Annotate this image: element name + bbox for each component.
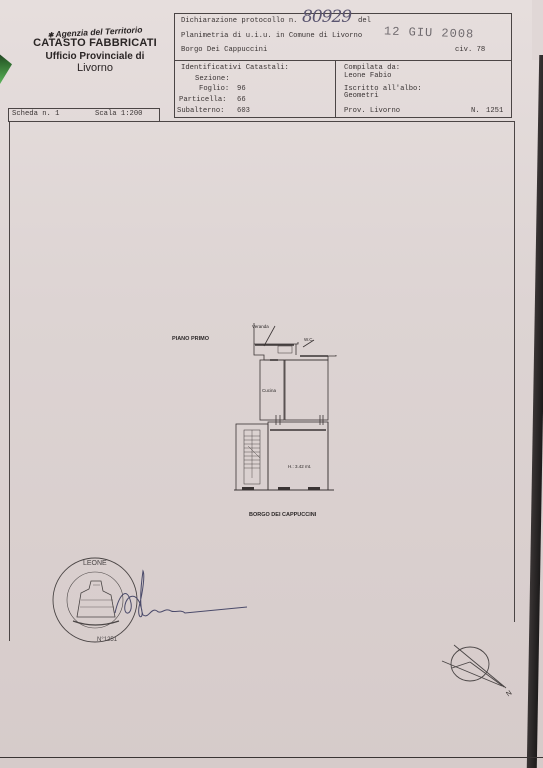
office-name: Ufficio Provinciale di <box>30 52 160 63</box>
address-line: Borgo Dei Cappuccini <box>181 46 267 54</box>
province-label: Prov. Livorno <box>344 107 400 115</box>
compiler-box: Compilata da: Leone Fabio Iscritto all'a… <box>335 60 512 118</box>
planimetry-line: Planimetria di u.i.u. in Comune di Livor… <box>181 32 362 40</box>
register-value: Geometri <box>344 92 379 100</box>
room-label-kitchen: Cucina <box>262 388 276 393</box>
green-folder-tab <box>0 48 12 84</box>
professional-stamp: LEONE N°1251 <box>45 555 250 650</box>
room-label-veranda: Veranda <box>252 324 269 329</box>
background-shadow <box>527 55 543 768</box>
bottom-border-line <box>0 757 543 758</box>
subalterno-value: 603 <box>237 107 250 115</box>
signature-stroke <box>115 571 247 617</box>
star-icon: ✱ <box>47 32 53 39</box>
north-label: N <box>505 690 513 699</box>
sheet-number: Scheda n. 1 <box>12 110 59 118</box>
agency-logo: ✱Agenzia del Territorio CATASTO FABBRICA… <box>30 28 160 75</box>
floor-label: PIANO PRIMO <box>172 336 209 342</box>
sheet-scale: Scala 1:200 <box>95 110 142 118</box>
street-label: BORGO DEI CAPPUCCINI <box>249 512 316 518</box>
compiler-title: Compilata da: <box>344 64 400 72</box>
register-number-label: N. <box>471 107 480 115</box>
scanned-document-page: ✱Agenzia del Territorio CATASTO FABBRICA… <box>0 0 543 768</box>
protocol-number-handwritten: 80929 <box>302 7 351 27</box>
room-label-wc: W.C. <box>304 337 314 342</box>
north-arrow-icon: N <box>440 640 520 700</box>
del-label: del <box>358 17 371 25</box>
particella-label: Particella: <box>179 96 226 104</box>
office-city: Livorno <box>30 63 160 75</box>
cadastral-identifiers-box: Identificativi Catastali: Sezione: Fogli… <box>174 60 336 118</box>
ceiling-height-note: H.: 3.42 mt. <box>288 464 311 469</box>
frame-left-border <box>9 121 10 641</box>
identifiers-title: Identificativi Catastali: <box>181 64 289 72</box>
stamp-text-bottom: N°1251 <box>97 637 118 643</box>
foglio-label: Foglio: <box>199 85 229 93</box>
compiler-name: Leone Fabio <box>344 72 391 80</box>
particella-value: 66 <box>237 96 246 104</box>
foglio-value: 96 <box>237 85 246 93</box>
department-name: CATASTO FABBRICATI <box>30 38 160 50</box>
declaration-label: Dichiarazione protocollo n. <box>181 17 297 25</box>
register-number-value: 1251 <box>486 107 503 115</box>
stamp-text-top: LEONE <box>83 560 107 567</box>
subalterno-label: Subalterno: <box>177 107 224 115</box>
sheet-info-box: Scheda n. 1 Scala 1:200 <box>8 108 160 122</box>
sezione-label: Sezione: <box>195 75 230 83</box>
civic-number: civ. 78 <box>455 46 485 54</box>
floor-plan-drawing <box>228 318 348 498</box>
paper-edge <box>532 0 543 60</box>
